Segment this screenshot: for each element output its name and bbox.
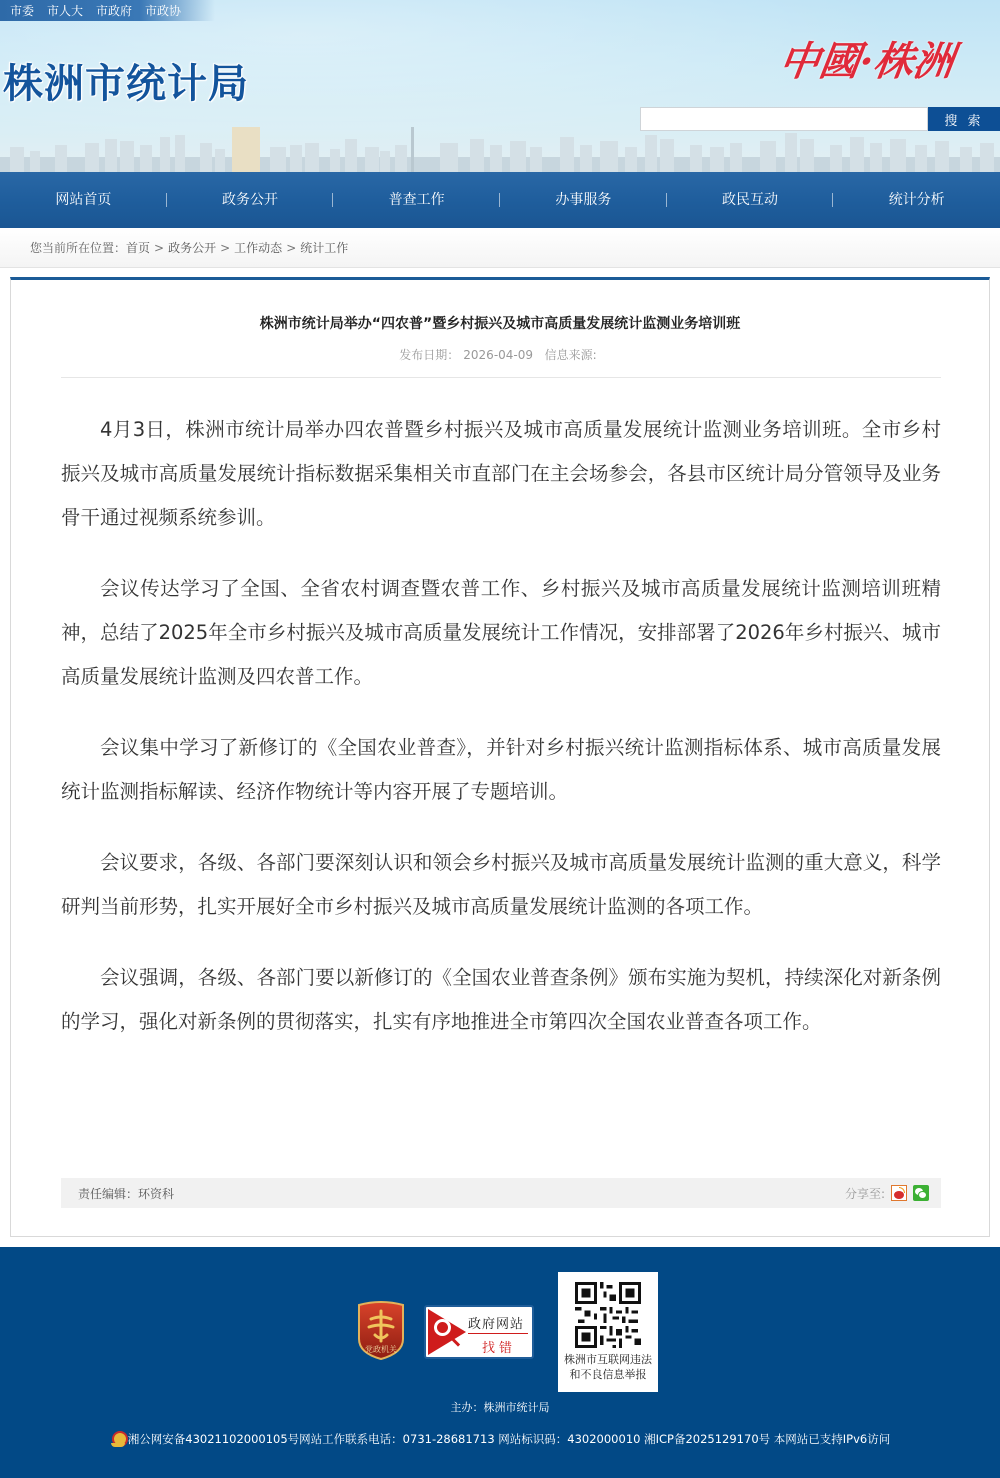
nav-item-label: 政务公开 [222, 192, 278, 208]
breadcrumb-separator: > [286, 241, 296, 255]
gov-website-error-report-badge[interactable]: 政府网站 找错 [424, 1305, 534, 1359]
article-container: 株洲市统计局举办“四农普”暨乡村振兴及城市高质量发展统计监测业务培训班 发布日期… [10, 277, 990, 1237]
nav-item-statistical-analysis[interactable]: 统计分析 [833, 172, 1000, 228]
city-skyline-image [0, 127, 1000, 172]
china-zhuzhou-calligraphy-logo: 中國·株洲 [776, 30, 958, 87]
qr-caption-line1: 株洲市互联网违法 [558, 1352, 658, 1367]
qr-caption-line2: 和不良信息举报 [558, 1367, 658, 1382]
article-title: 株洲市统计局举办“四农普”暨乡村振兴及城市高质量发展统计监测业务培训班 [11, 313, 989, 333]
breadcrumb-prefix: 您当前所在位置： [30, 239, 126, 256]
article-meta: 发布日期：2026-04-09 信息来源: [11, 346, 989, 363]
nav-item-interaction[interactable]: 政民互动 [667, 172, 834, 228]
weibo-icon[interactable] [891, 1185, 907, 1201]
source-label: 信息来源: [545, 348, 597, 362]
breadcrumb-work-news[interactable]: 工作动态 [234, 239, 282, 256]
site-host: 主办：株洲市统计局 [0, 1399, 1000, 1415]
filing-text[interactable]: 湘公网安备43021102000105号网站工作联系电话：0731-286817… [128, 1431, 890, 1447]
article-body: 4月3日，株洲市统计局举办四农普暨乡村振兴及城市高质量发展统计监测业务培训班。全… [61, 408, 941, 1071]
publish-date-label: 发布日期： [399, 348, 459, 362]
nav-item-census-work[interactable]: 普查工作 [333, 172, 500, 228]
nav-item-label: 政民互动 [722, 192, 778, 208]
breadcrumb-home[interactable]: 首页 [126, 239, 150, 256]
article-paragraph: 会议强调，各级、各部门要以新修订的《全国农业普查条例》颁布实施为契机，持续深化对… [61, 956, 941, 1044]
publish-date: 2026-04-09 [463, 348, 533, 362]
main-nav: 网站首页 政务公开 普查工作 办事服务 政民互动 统计分析 [0, 172, 1000, 228]
article-paragraph: 会议传达学习了全国、全省农村调查暨农普工作、乡村振兴及城市高质量发展统计监测培训… [61, 567, 941, 699]
breadcrumb-separator: > [220, 241, 230, 255]
top-link-shiwei[interactable]: 市委 [10, 2, 34, 19]
search-input[interactable] [640, 107, 928, 131]
nav-item-government-affairs[interactable]: 政务公开 [167, 172, 334, 228]
nav-item-home[interactable]: 网站首页 [0, 172, 167, 228]
top-link-shizhengfu[interactable]: 市政府 [96, 2, 132, 19]
site-header: 市委 市人大 市政府 市政协 株洲市统计局 中國·株洲 搜 索 [0, 0, 1000, 172]
editor-name: 环资科 [138, 1187, 174, 1201]
qr-code-icon [575, 1282, 641, 1348]
article-footer-bar: 责任编辑：环资科 分享至: [61, 1178, 941, 1208]
breadcrumb-separator: > [154, 241, 164, 255]
article-divider [61, 377, 941, 378]
nav-item-label: 普查工作 [389, 192, 445, 208]
jiucuo-divider [468, 1333, 528, 1334]
site-logo-title[interactable]: 株洲市统计局 [3, 52, 249, 109]
magnifier-icon [434, 1319, 451, 1336]
breadcrumb: 您当前所在位置： 首页 > 政务公开 > 工作动态 > 统计工作 [0, 228, 1000, 268]
editor-info: 责任编辑：环资科 [78, 1185, 174, 1202]
share-bar: 分享至: [845, 1185, 929, 1202]
jiucuo-line2: 找错 [482, 1337, 516, 1356]
search-button[interactable]: 搜 索 [928, 107, 1000, 131]
party-government-badge-icon[interactable]: 党政机关 [355, 1301, 407, 1361]
nav-item-label: 网站首页 [55, 192, 111, 208]
editor-label: 责任编辑： [78, 1187, 138, 1201]
jiucuo-line1: 政府网站 [468, 1313, 524, 1332]
wechat-icon[interactable] [913, 1185, 929, 1201]
public-security-badge-icon[interactable] [110, 1430, 126, 1447]
article-paragraph: 会议集中学习了新修订的《全国农业普查》，并针对乡村振兴统计监测指标体系、城市高质… [61, 726, 941, 814]
top-link-shizhengxie[interactable]: 市政协 [145, 2, 181, 19]
illegal-info-report-qr-card[interactable]: 株洲市互联网违法 和不良信息举报 [558, 1272, 658, 1392]
article-paragraph: 会议要求，各级、各部门要深刻认识和领会乡村振兴及城市高质量发展统计监测的重大意义… [61, 841, 941, 929]
nav-item-services[interactable]: 办事服务 [500, 172, 667, 228]
breadcrumb-government-affairs[interactable]: 政务公开 [168, 239, 216, 256]
nav-item-label: 统计分析 [889, 192, 945, 208]
top-links-bar: 市委 市人大 市政府 市政协 [0, 0, 215, 21]
breadcrumb-statistics-work[interactable]: 统计工作 [300, 239, 348, 256]
nav-item-label: 办事服务 [555, 192, 611, 208]
share-label: 分享至: [845, 1185, 885, 1202]
top-link-shirenda[interactable]: 市人大 [47, 2, 83, 19]
filing-info: 湘公网安备43021102000105号网站工作联系电话：0731-286817… [0, 1430, 1000, 1447]
article-paragraph: 4月3日，株洲市统计局举办四农普暨乡村振兴及城市高质量发展统计监测业务培训班。全… [61, 408, 941, 540]
party-badge-label: 党政机关 [365, 1344, 397, 1354]
site-footer: 党政机关 政府网站 找错 株洲市互联网违法 [0, 1247, 1000, 1478]
qr-caption: 株洲市互联网违法 和不良信息举报 [558, 1352, 658, 1382]
